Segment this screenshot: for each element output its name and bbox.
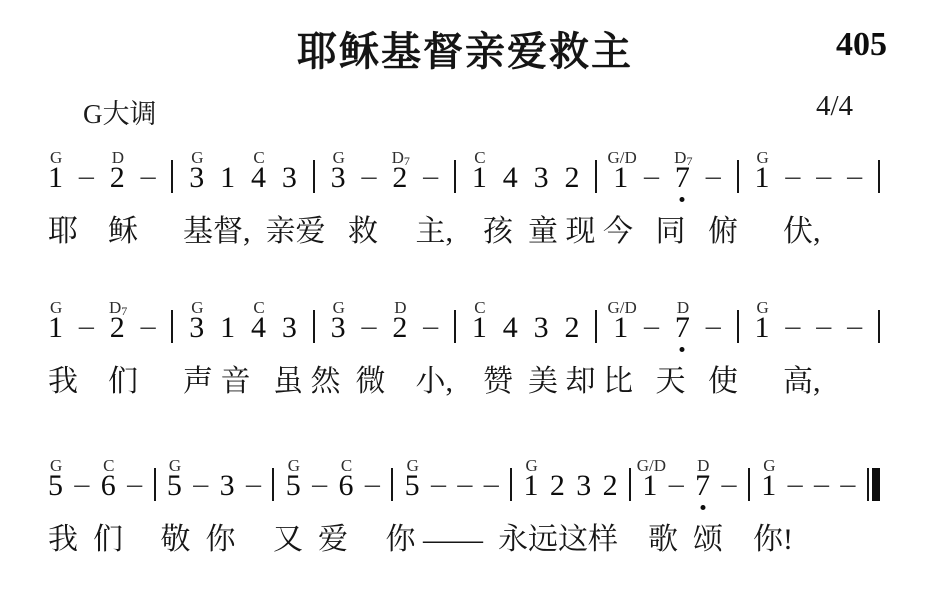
music-system-1: 1G–2D–3G14C33G–2D7–1C4321G/D–7D7–1G–––耶 … <box>48 140 880 248</box>
chord-label: D <box>112 149 124 166</box>
time-signature: 4/4 <box>816 90 853 123</box>
note-1: 1G/D <box>613 313 628 343</box>
lyrics-line-1: 耶 稣 基督, 亲爱 救 主, 孩 童 现 今 同 俯 伏, <box>48 215 880 248</box>
duration-dash: – <box>79 161 94 191</box>
chord-label: D <box>677 299 689 316</box>
barline <box>878 160 880 193</box>
barline <box>510 468 512 501</box>
chord-label: C <box>103 457 114 474</box>
chord-label: D <box>697 457 709 474</box>
barline <box>595 160 597 193</box>
duration-dash: – <box>312 469 327 499</box>
notation-row-1: 1G–2D–3G14C33G–2D7–1C4321G/D–7D7–1G––– <box>48 140 880 193</box>
chord-label: D7 <box>392 149 410 166</box>
chord-label: G <box>333 299 345 316</box>
barline <box>595 310 597 343</box>
note-1: 1C <box>472 163 487 193</box>
chord-label: G <box>756 149 768 166</box>
chord-label: G <box>169 457 181 474</box>
note-4: 4 <box>503 163 518 193</box>
note-2: 2 <box>550 471 565 501</box>
note-6: 6C <box>101 471 116 501</box>
duration-dash: – <box>423 311 438 341</box>
chord-label: G <box>333 149 345 166</box>
note-7: 7D <box>695 471 710 501</box>
barline <box>454 160 456 193</box>
note-3: 3 <box>220 471 235 501</box>
note-3: 3 <box>534 163 549 193</box>
note-1: 1G <box>48 163 63 193</box>
note-4: 4C <box>251 163 266 193</box>
barline <box>272 468 274 501</box>
duration-dash: – <box>816 311 831 341</box>
note-3: 3G <box>331 313 346 343</box>
note-2: 2D <box>392 313 407 343</box>
chord-label: D7 <box>109 299 127 316</box>
music-system-3: 5G–6C–5G–3–5G–6C–5G–––1G2321G/D–7D–1G–––… <box>48 448 880 556</box>
chord-label: C <box>474 299 485 316</box>
duration-dash: – <box>785 161 800 191</box>
duration-dash: – <box>193 469 208 499</box>
note-5: 5G <box>167 471 182 501</box>
note-2: 2 <box>564 163 579 193</box>
duration-dash: – <box>785 311 800 341</box>
note-1: 1G <box>524 471 539 501</box>
lyrics-line-2: 我 们 声 音 虽 然 微 小, 赞 美 却 比 天 使 高, <box>48 365 880 398</box>
music-system-2: 1G–2D7–3G14C33G–2D–1C4321G/D–7D–1G–––我 们… <box>48 290 880 398</box>
chord-label: G <box>50 457 62 474</box>
duration-dash: – <box>74 469 89 499</box>
note-1: 1G <box>754 313 769 343</box>
chord-label: G <box>756 299 768 316</box>
page-title: 耶稣基督亲爱救主 <box>0 20 930 77</box>
note-1: 1 <box>220 313 235 343</box>
duration-dash: – <box>361 311 376 341</box>
note-5: 5G <box>286 471 301 501</box>
duration-dash: – <box>141 161 156 191</box>
note-1: 1G <box>754 163 769 193</box>
duration-dash: – <box>706 161 721 191</box>
lyrics-line-3: 我 们 敬 你 又 爱 你 —— 永远这样 歌 颂 你! <box>48 523 880 556</box>
note-2: 2D7 <box>392 163 407 193</box>
chord-label: G <box>50 299 62 316</box>
duration-dash: – <box>847 161 862 191</box>
chord-label: G <box>763 457 775 474</box>
barline <box>313 160 315 193</box>
barline <box>171 160 173 193</box>
note-3: 3 <box>534 313 549 343</box>
note-1: 1 <box>220 163 235 193</box>
barline <box>878 310 880 343</box>
duration-dash: – <box>847 311 862 341</box>
chord-label: D7 <box>674 149 692 166</box>
hymn-number: 405 <box>836 26 887 64</box>
note-3: 3 <box>282 163 297 193</box>
octave-dot-low <box>680 197 685 202</box>
chord-label: G/D <box>608 299 637 316</box>
note-2: 2D7 <box>110 313 125 343</box>
note-7: 7D7 <box>675 163 690 193</box>
note-3: 3 <box>282 313 297 343</box>
duration-dash: – <box>423 161 438 191</box>
note-1: 1G <box>48 313 63 343</box>
chord-label: G/D <box>637 457 666 474</box>
duration-dash: – <box>361 161 376 191</box>
chord-label: C <box>253 149 264 166</box>
octave-dot-low <box>680 347 685 352</box>
duration-dash: – <box>127 469 142 499</box>
duration-dash: – <box>814 469 829 499</box>
note-3: 3 <box>576 471 591 501</box>
duration-dash: – <box>484 469 499 499</box>
duration-dash: – <box>840 469 855 499</box>
duration-dash: – <box>644 311 659 341</box>
duration-dash: – <box>706 311 721 341</box>
notation-row-2: 1G–2D7–3G14C33G–2D–1C4321G/D–7D–1G––– <box>48 290 880 343</box>
note-1: 1C <box>472 313 487 343</box>
note-3: 3G <box>331 163 346 193</box>
barline <box>737 310 739 343</box>
chord-label: C <box>341 457 352 474</box>
note-2: 2 <box>603 471 618 501</box>
note-3: 3G <box>189 313 204 343</box>
key-signature: G大调 <box>83 92 157 131</box>
note-4: 4 <box>503 313 518 343</box>
hymn-sheet-page: 耶稣基督亲爱救主 405 G大调 4/4 1G–2D–3G14C33G–2D7–… <box>0 0 930 598</box>
chord-label: G <box>525 457 537 474</box>
note-1: 1G <box>761 471 776 501</box>
barline <box>629 468 631 501</box>
duration-dash: – <box>669 469 684 499</box>
chord-label: G/D <box>608 149 637 166</box>
note-2: 2 <box>564 313 579 343</box>
duration-dash: – <box>141 311 156 341</box>
notation-row-3: 5G–6C–5G–3–5G–6C–5G–––1G2321G/D–7D–1G––– <box>48 448 880 501</box>
duration-dash: – <box>246 469 261 499</box>
chord-label: D <box>394 299 406 316</box>
duration-dash: – <box>79 311 94 341</box>
octave-dot-low <box>700 505 705 510</box>
note-1: 1G/D <box>642 471 657 501</box>
duration-dash: – <box>431 469 446 499</box>
note-1: 1G/D <box>613 163 628 193</box>
barline <box>454 310 456 343</box>
barline <box>154 468 156 501</box>
chord-label: G <box>50 149 62 166</box>
note-4: 4C <box>251 313 266 343</box>
note-6: 6C <box>339 471 354 501</box>
note-3: 3G <box>189 163 204 193</box>
barline <box>737 160 739 193</box>
duration-dash: – <box>722 469 737 499</box>
duration-dash: – <box>365 469 380 499</box>
chord-label: G <box>191 149 203 166</box>
chord-label: C <box>474 149 485 166</box>
duration-dash: – <box>788 469 803 499</box>
chord-label: G <box>288 457 300 474</box>
chord-label: C <box>253 299 264 316</box>
note-2: 2D <box>110 163 125 193</box>
note-7: 7D <box>675 313 690 343</box>
duration-dash: – <box>816 161 831 191</box>
duration-dash: – <box>457 469 472 499</box>
duration-dash: – <box>644 161 659 191</box>
barline <box>313 310 315 343</box>
final-barline <box>867 468 880 501</box>
note-5: 5G <box>405 471 420 501</box>
chord-label: G <box>407 457 419 474</box>
barline <box>748 468 750 501</box>
chord-label: G <box>191 299 203 316</box>
note-5: 5G <box>48 471 63 501</box>
barline <box>171 310 173 343</box>
barline <box>391 468 393 501</box>
